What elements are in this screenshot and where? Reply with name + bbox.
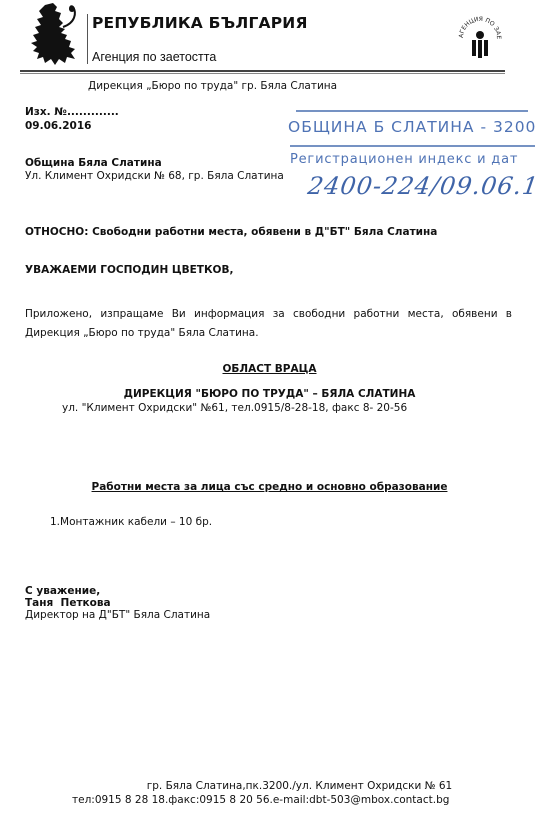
stamp-rule [296, 110, 528, 112]
signer-title: Директор на Д"БТ" Бяла Слатина [25, 609, 210, 621]
employment-agency-emblem-icon: АГЕНЦИЯ ПО ЗАЕТОСТТА [455, 10, 505, 60]
footer-contacts: тел:0915 8 28 18.факс:0915 8 20 56.e-mai… [72, 794, 449, 806]
stamp-handwritten-number: 2400-224/09.06.16 [306, 172, 539, 200]
salutation: УВАЖАЕМИ ГОСПОДИН ЦВЕТКОВ, [25, 264, 233, 276]
header-divider [87, 14, 88, 64]
stamp-registration-label: Регистрационен индекс и дат [290, 152, 518, 167]
recipient-address: Ул. Климент Охридски № 68, гр. Бяла Слат… [25, 170, 284, 182]
recipient-name: Община Бяла Слатина [25, 157, 162, 169]
stamp-municipality: ОБЩИНА Б СЛАТИНА - 3200 [288, 118, 536, 136]
directorate-address: ул. "Климент Охридски" №61, тел.0915/8-2… [62, 402, 407, 414]
lion-coat-of-arms-icon [25, 3, 83, 65]
body-line: Дирекция „Бюро по труда" Бяла Слатина. [25, 327, 259, 339]
outgoing-number: Изх. №............. [25, 106, 119, 118]
jobs-heading: Работни места за лица със средно и основ… [0, 481, 539, 493]
body-line: Приложено, изпращаме Ви информация за св… [25, 305, 512, 324]
document-date: 09.06.2016 [25, 120, 91, 132]
directorate-title: ДИРЕКЦИЯ "БЮРО ПО ТРУДА" – БЯЛА СЛАТИНА [0, 388, 539, 400]
body-paragraph: Приложено, изпращаме Ви информация за св… [25, 305, 512, 343]
country-title: РЕПУБЛИКА БЪЛГАРИЯ [92, 14, 308, 32]
subject-line: ОТНОСНО: Свободни работни места, обявени… [25, 226, 437, 238]
region-heading: ОБЛАСТ ВРАЦА [0, 363, 539, 375]
stamp-rule [290, 145, 535, 147]
header-rule [20, 70, 505, 72]
header-rule-thin [20, 73, 505, 74]
signer-name: Таня Петкова [25, 597, 111, 609]
footer-address: гр. Бяла Слатина,пк.3200./ул. Климент Ох… [0, 780, 539, 792]
directorate-header: Дирекция „Бюро по труда" гр. Бяла Слатин… [88, 80, 337, 92]
agency-name: Агенция по заетостта [92, 50, 216, 64]
closing: С уважение, [25, 585, 100, 597]
job-item: 1.Монтажник кабели – 10 бр. [50, 516, 212, 528]
